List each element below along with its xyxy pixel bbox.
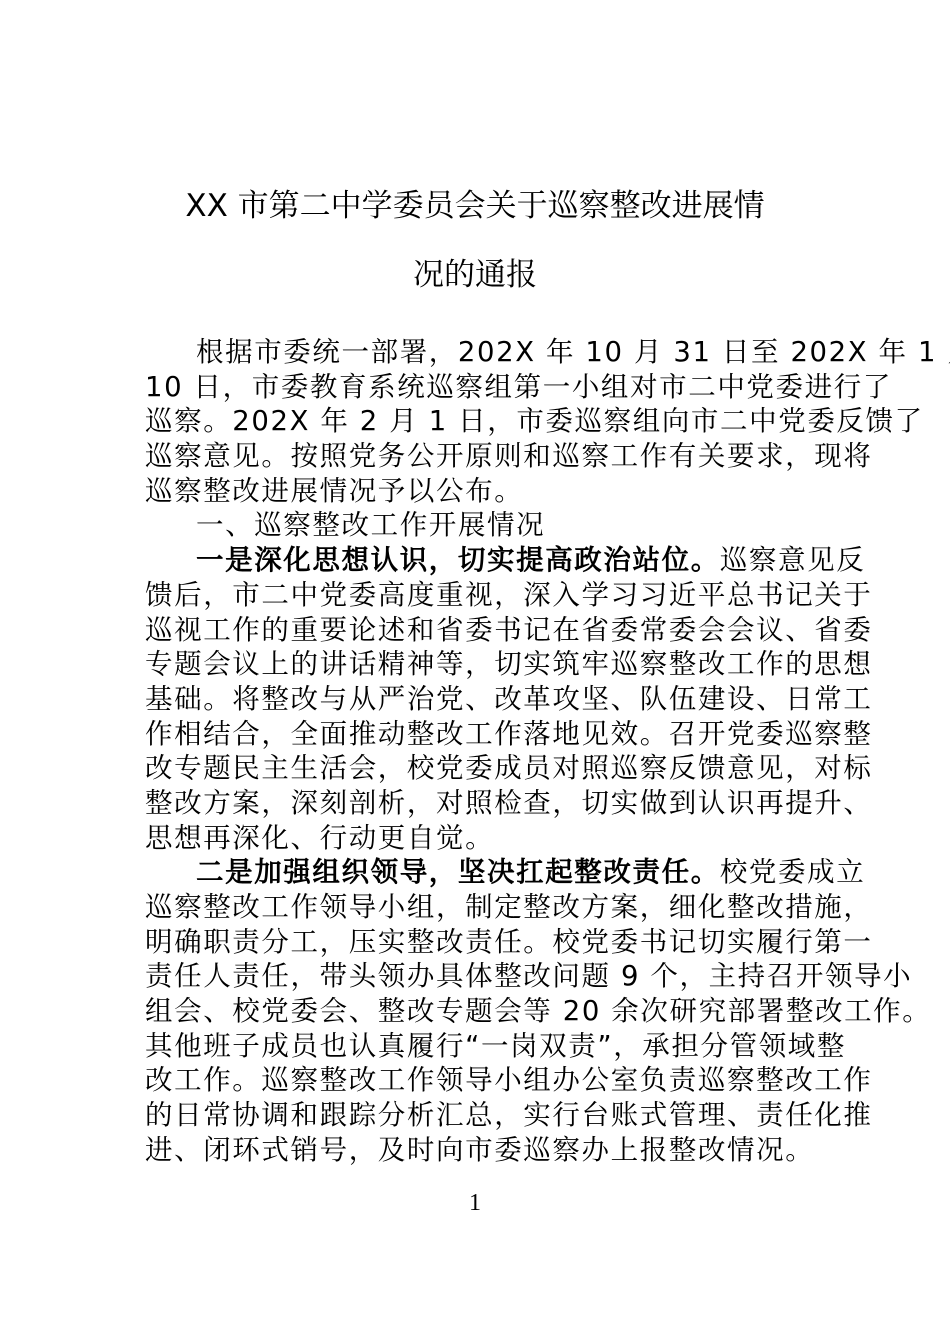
point-paragraph-1: 一是深化思想认识，切实提高政治站位。巡察意见反 馈后，市二中党委高度重视，深入学… <box>145 543 825 855</box>
text-line: 巡视工作的重要论述和省委书记在省委常委会会议、省委 <box>145 613 825 648</box>
text-line: 巡察整改工作领导小组，制定整改方案，细化整改措施， <box>145 890 825 925</box>
text-line: 责任人责任，带头领办具体整改问题 9 个，主持召开领导小 <box>145 959 825 994</box>
point-first-line: 一是深化思想认识，切实提高政治站位。巡察意见反 <box>145 543 825 578</box>
page-number: 1 <box>0 1188 950 1218</box>
document-title: XX 市第二中学委员会关于巡察整改进展情 况的通报 <box>140 172 810 310</box>
point-paragraph-2: 二是加强组织领导，坚决扛起整改责任。校党委成立 巡察整改工作领导小组，制定整改方… <box>145 855 825 1167</box>
text-line: 进、闭环式销号，及时向市委巡察办上报整改情况。 <box>145 1133 825 1168</box>
title-line-2: 况的通报 <box>140 241 810 310</box>
point-lead-rest: 巡察意见反 <box>720 544 866 576</box>
text-line: 根据市委统一部署，202X 年 10 月 31 日至 202X 年 1 月 <box>145 335 825 370</box>
intro-paragraph: 根据市委统一部署，202X 年 10 月 31 日至 202X 年 1 月 10… <box>145 335 825 508</box>
text-line: 巡察整改进展情况予以公布。 <box>145 474 825 509</box>
text-line: 思想再深化、行动更自觉。 <box>145 821 825 856</box>
point-lead-bold: 二是加强组织领导，坚决扛起整改责任。 <box>196 856 720 888</box>
text-line: 整改方案，深刻剖析，对照检查，切实做到认识再提升、 <box>145 786 825 821</box>
document-body: 根据市委统一部署，202X 年 10 月 31 日至 202X 年 1 月 10… <box>145 335 825 1168</box>
text-line: 作相结合，全面推动整改工作落地见效。召开党委巡察整 <box>145 717 825 752</box>
text-line: 改工作。巡察整改工作领导小组办公室负责巡察整改工作 <box>145 1063 825 1098</box>
text-line: 改专题民主生活会，校党委成员对照巡察反馈意见，对标 <box>145 751 825 786</box>
point-lead-rest: 校党委成立 <box>720 856 866 888</box>
text-line: 馈后，市二中党委高度重视，深入学习习近平总书记关于 <box>145 578 825 613</box>
point-first-line: 二是加强组织领导，坚决扛起整改责任。校党委成立 <box>145 855 825 890</box>
text-line: 基础。将整改与从严治党、改革攻坚、队伍建设、日常工 <box>145 682 825 717</box>
text-line: 明确职责分工，压实整改责任。校党委书记切实履行第一 <box>145 925 825 960</box>
document-page: XX 市第二中学委员会关于巡察整改进展情 况的通报 根据市委统一部署，202X … <box>0 0 950 1344</box>
text-line: 专题会议上的讲话精神等，切实筑牢巡察整改工作的思想 <box>145 647 825 682</box>
section-heading: 一、巡察整改工作开展情况 <box>145 508 825 543</box>
text-line: 其他班子成员也认真履行“一岗双责”，承担分管领域整 <box>145 1029 825 1064</box>
text-line: 巡察意见。按照党务公开原则和巡察工作有关要求，现将 <box>145 439 825 474</box>
title-line-1: XX 市第二中学委员会关于巡察整改进展情 <box>140 172 810 241</box>
text-line: 巡察。202X 年 2 月 1 日，市委巡察组向市二中党委反馈了 <box>145 404 825 439</box>
section-heading-text: 一、巡察整改工作开展情况 <box>145 508 825 543</box>
text-line: 组会、校党委会、整改专题会等 20 余次研究部署整改工作。 <box>145 994 825 1029</box>
point-lead-bold: 一是深化思想认识，切实提高政治站位。 <box>196 544 720 576</box>
text-line: 的日常协调和跟踪分析汇总，实行台账式管理、责任化推 <box>145 1098 825 1133</box>
text-line: 10 日，市委教育系统巡察组第一小组对市二中党委进行了 <box>145 370 825 405</box>
